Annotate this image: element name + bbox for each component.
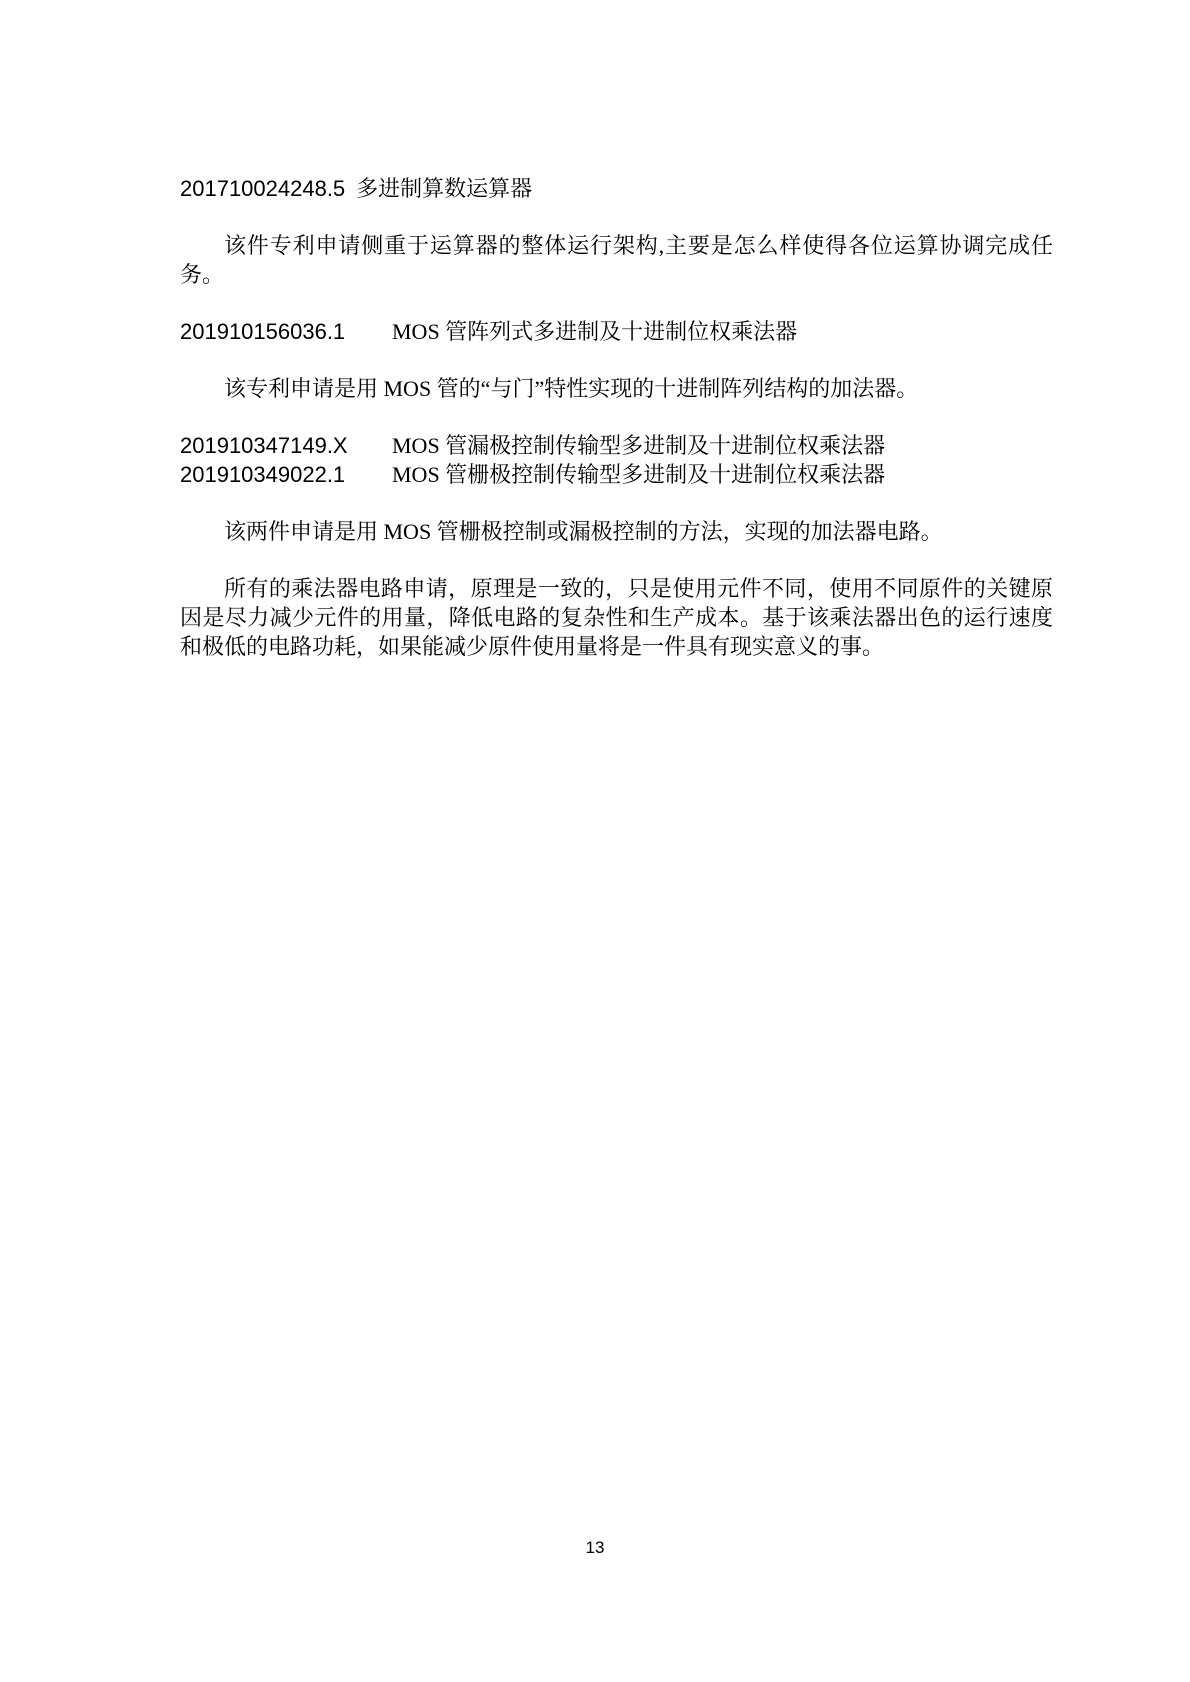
patent-entry-group: 201910347149.XMOS 管漏极控制传输型多进制及十进制位权乘法器 2… xyxy=(180,431,1053,489)
page-number: 13 xyxy=(0,1536,1190,1560)
paragraph-summary: 所有的乘法器电路申请，原理是一致的，只是使用元件不同，使用不同原件的关键原因是尽… xyxy=(180,574,1053,661)
document-page: 201710024248.5多进制算数运算器 该件专利申请侧重于运算器的整体运行… xyxy=(0,0,1190,1682)
patent-entry: 201910349022.1MOS 管栅极控制传输型多进制及十进制位权乘法器 xyxy=(180,460,1053,489)
paragraph-entry1-note: 该专利申请是用 MOS 管的“与门”特性实现的十进制阵列结构的加法器。 xyxy=(180,374,1053,403)
patent-entry-title: MOS 管漏极控制传输型多进制及十进制位权乘法器 xyxy=(392,433,885,458)
patent-entry-number: 201910349022.1 xyxy=(180,460,392,489)
patent-entry: 201910156036.1MOS 管阵列式多进制及十进制位权乘法器 xyxy=(180,317,1053,346)
paragraph-entry-group-note: 该两件申请是用 MOS 管栅极控制或漏极控制的方法，实现的加法器电路。 xyxy=(180,517,1053,546)
paragraph-overview: 该件专利申请侧重于运算器的整体运行架构,主要是怎么样使得各位运算协调完成任务。 xyxy=(180,231,1053,289)
patent-heading: 201710024248.5多进制算数运算器 xyxy=(180,174,1053,203)
document-body: 201710024248.5多进制算数运算器 该件专利申请侧重于运算器的整体运行… xyxy=(180,174,1053,661)
patent-entry-number: 201910156036.1 xyxy=(180,317,392,346)
patent-heading-title: 多进制算数运算器 xyxy=(356,176,532,201)
patent-entry: 201910347149.XMOS 管漏极控制传输型多进制及十进制位权乘法器 xyxy=(180,431,1053,460)
patent-entry-number: 201910347149.X xyxy=(180,431,392,460)
patent-entry-title: MOS 管栅极控制传输型多进制及十进制位权乘法器 xyxy=(392,462,885,487)
patent-heading-number: 201710024248.5 xyxy=(180,176,345,201)
patent-entry-title: MOS 管阵列式多进制及十进制位权乘法器 xyxy=(392,319,797,344)
